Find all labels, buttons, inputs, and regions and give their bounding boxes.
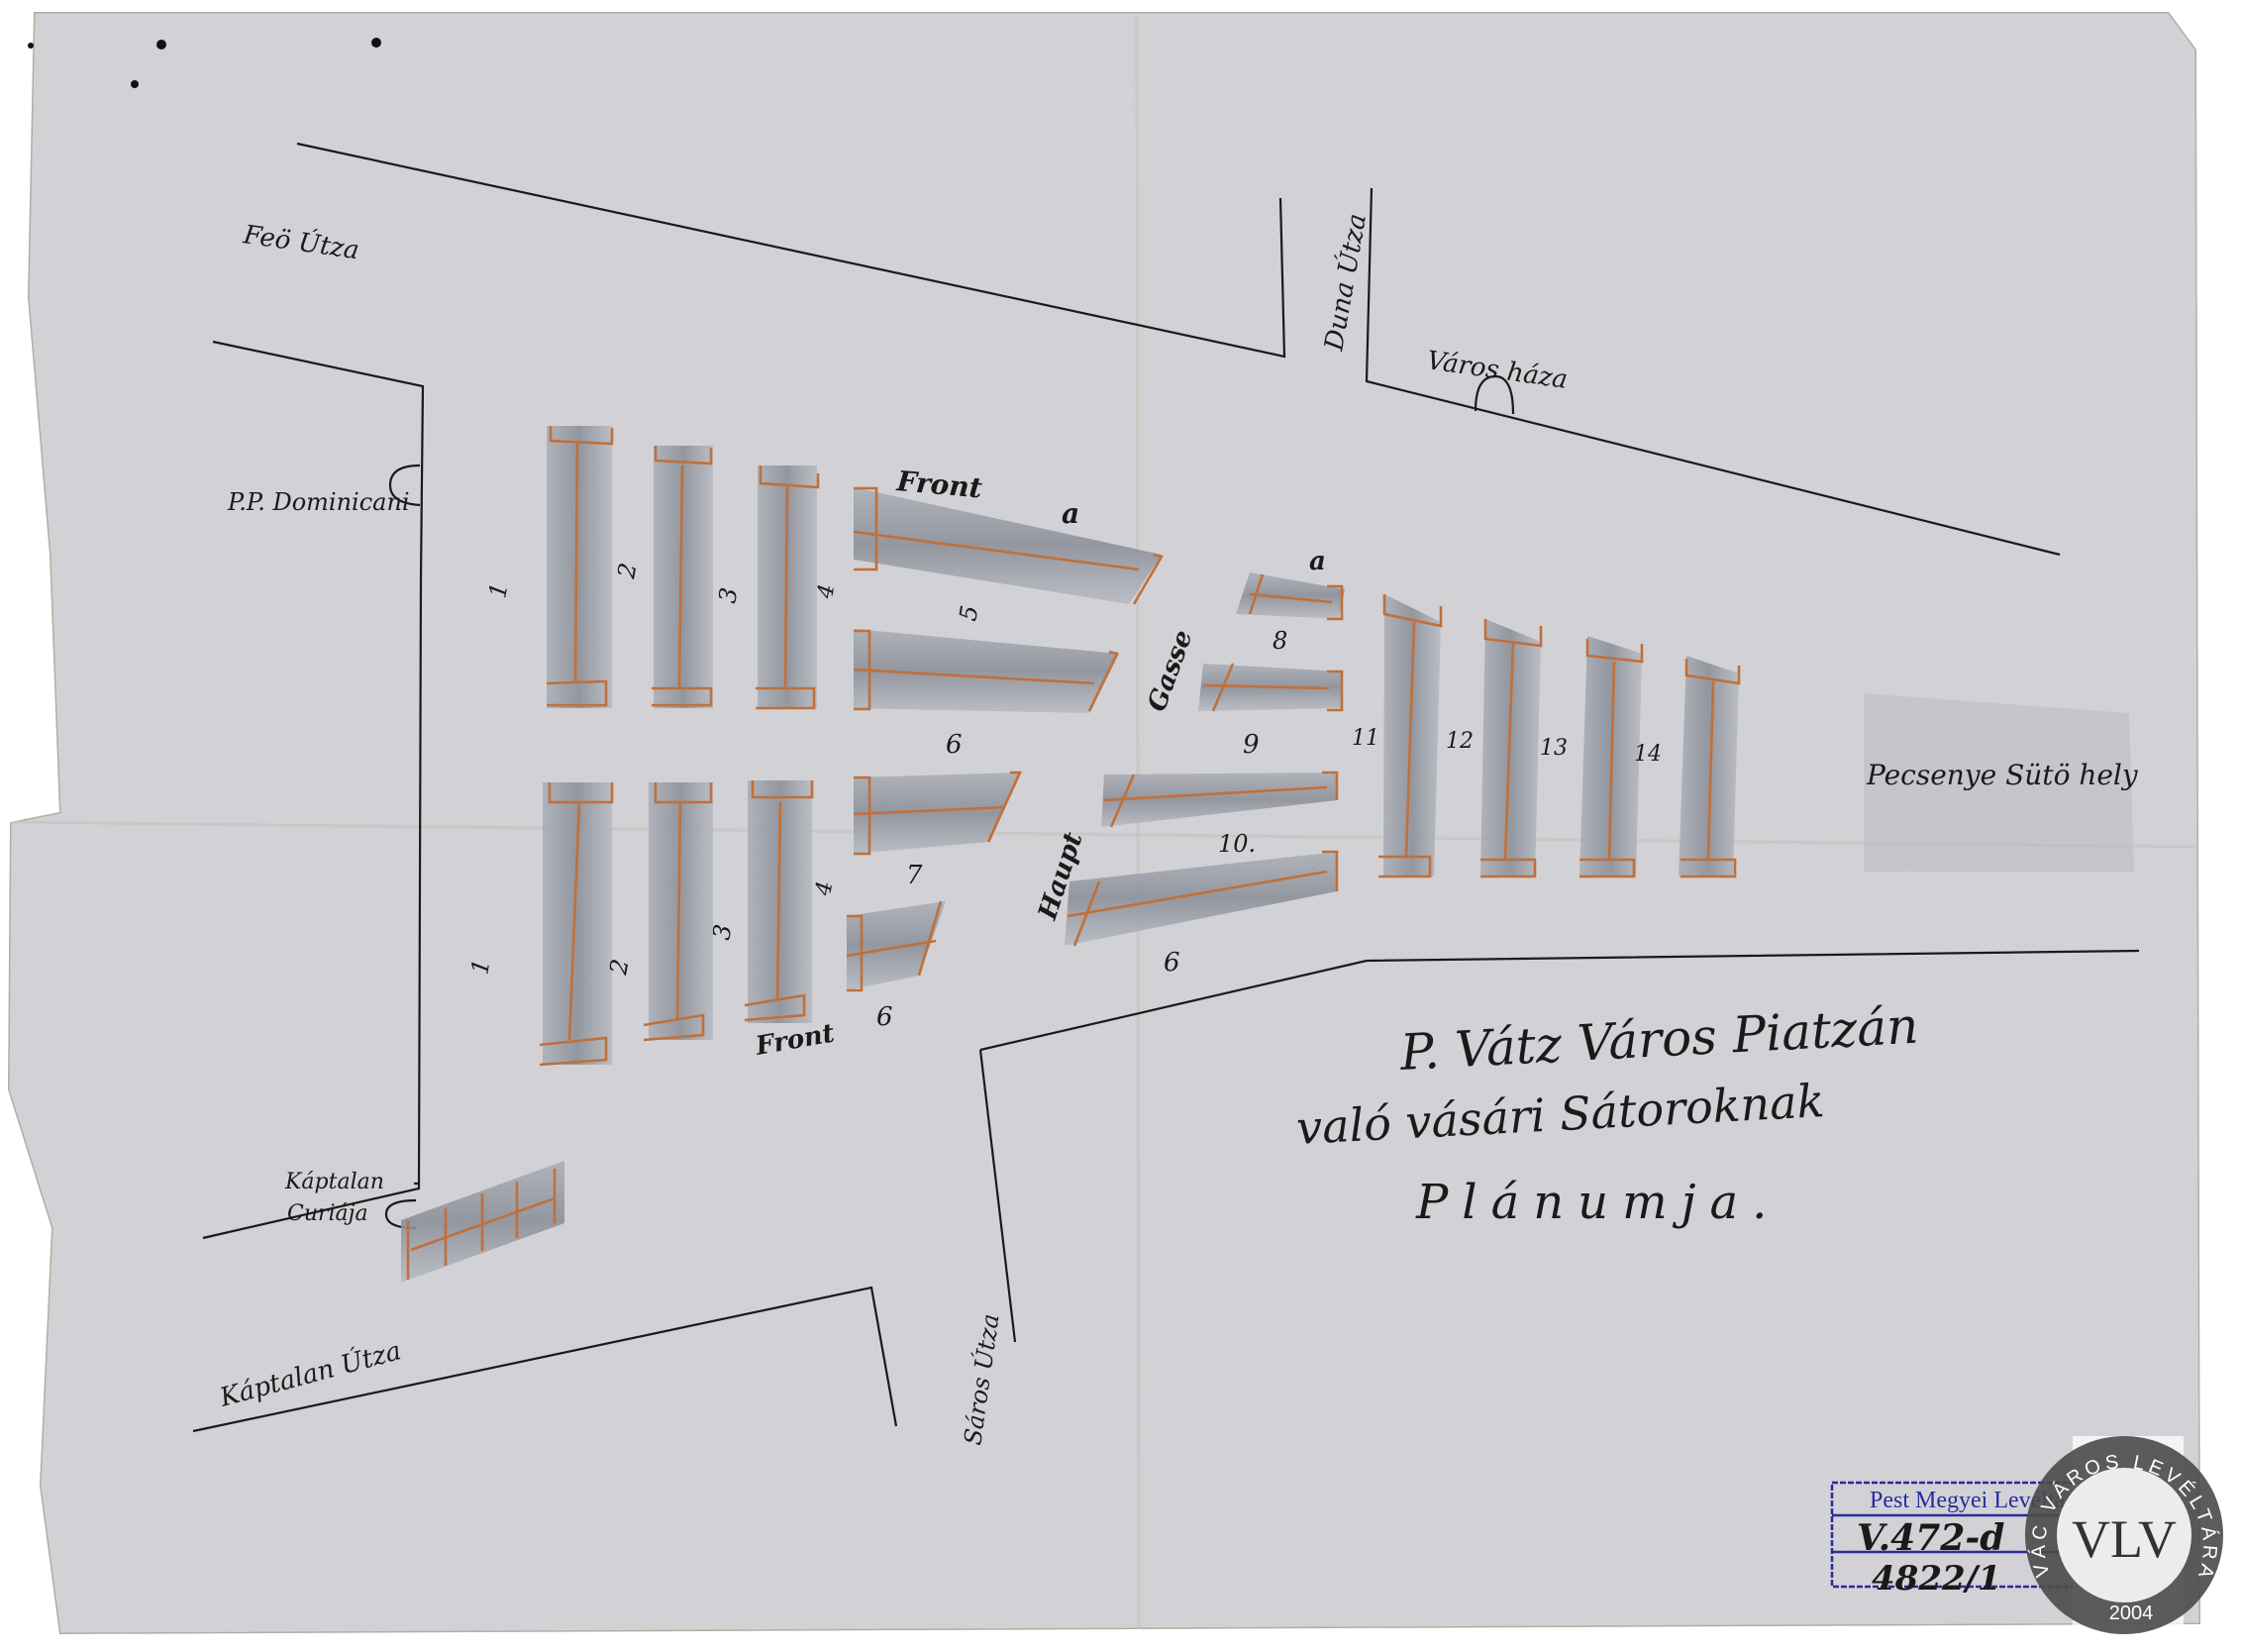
label-12: 12 <box>1446 729 1474 754</box>
stall-lower-1 <box>540 782 612 1065</box>
stall-14 <box>1679 656 1739 877</box>
title-line-3: Plánumja. <box>1415 1175 1781 1230</box>
label-13: 13 <box>1540 736 1568 761</box>
stall-upper-1 <box>547 426 612 708</box>
label-pp-dominicani: P.P. Dominicani <box>227 488 410 516</box>
label-11: 11 <box>1352 726 1379 751</box>
label-kaptalan-1: Káptalan <box>284 1170 384 1194</box>
label-a-right: a <box>1309 547 1326 576</box>
label-6-bottom: 6 <box>876 1002 893 1032</box>
label-10: 10. <box>1218 830 1256 858</box>
stall-lower-2 <box>644 782 713 1040</box>
label-6-right: 6 <box>1164 948 1180 978</box>
stamp-ref-1: V.472-d <box>1857 1517 2004 1559</box>
stall-12 <box>1480 619 1541 877</box>
seal-monogram: VLV <box>2072 1509 2177 1569</box>
label-a-top: a <box>1062 497 1079 530</box>
label-6-top: 6 <box>946 730 963 760</box>
stall-upper-2 <box>652 446 713 708</box>
seal-year: 2004 <box>2109 1602 2154 1624</box>
stall-lower-3 <box>745 780 812 1023</box>
stall-upper-3 <box>756 465 818 708</box>
stall-11 <box>1378 594 1441 877</box>
stamp-ref-2: 4822/1 <box>1872 1559 2001 1599</box>
label-14: 14 <box>1634 742 1662 767</box>
label-8: 8 <box>1273 627 1287 655</box>
label-7: 7 <box>906 861 923 890</box>
label-kaptalan-2: Curiája <box>287 1201 368 1226</box>
stall-8 <box>1198 664 1342 711</box>
label-pecsenye: Pecsenye Sütö hely <box>1866 759 2139 791</box>
archival-map-sheet: Feö Útza Duna Útza Város háza P.P. Domin… <box>0 0 2241 1652</box>
stall-13 <box>1579 636 1642 877</box>
label-9: 9 <box>1243 730 1260 760</box>
